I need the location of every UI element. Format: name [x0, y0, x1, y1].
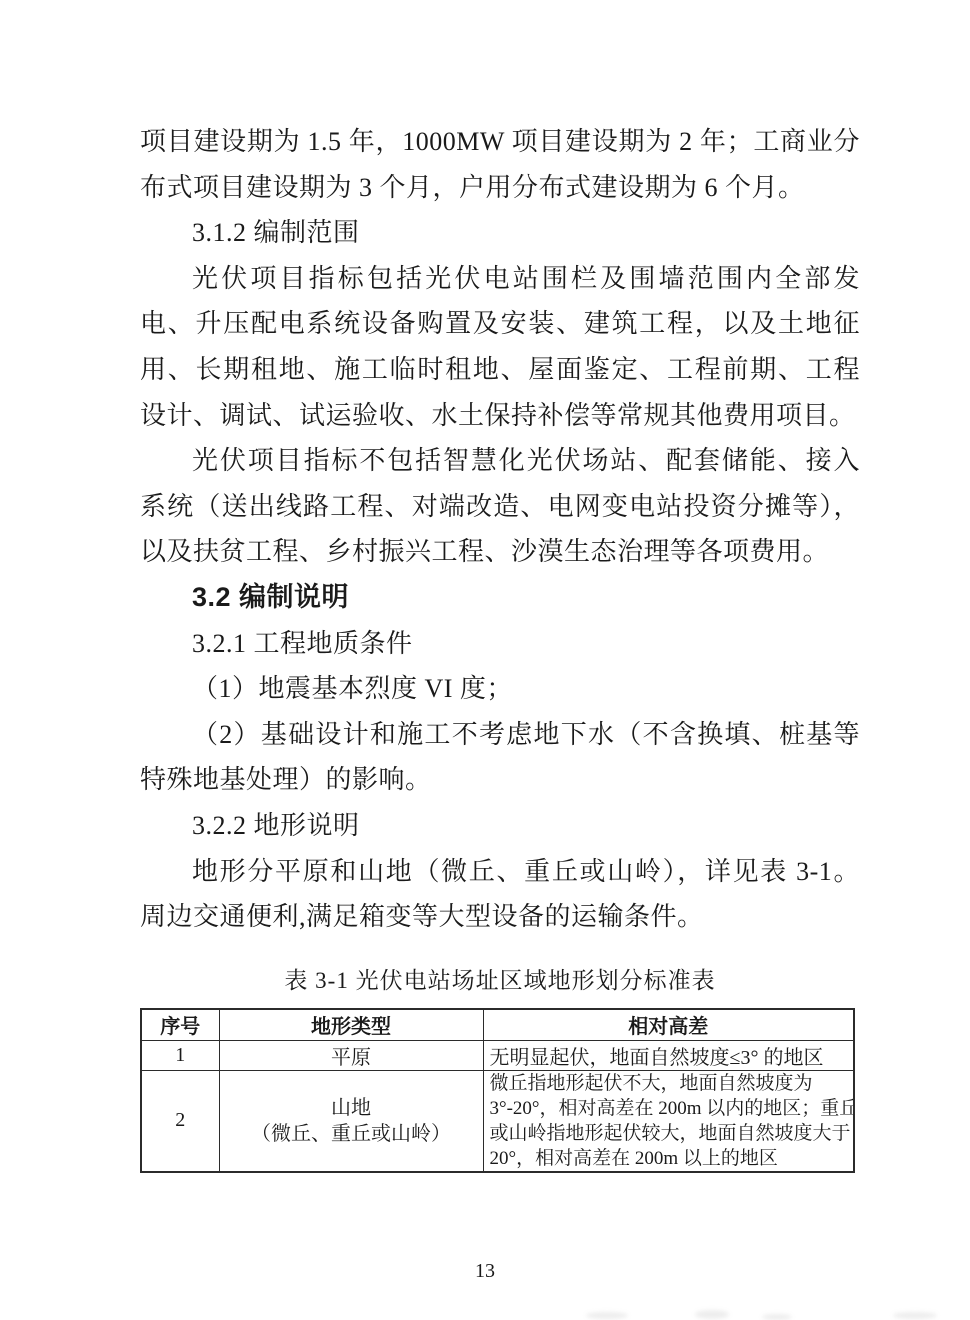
watermark-remnant [762, 1314, 792, 1320]
table-cell-desc-line: 20°，相对高差在 200m 以上的地区 [490, 1146, 854, 1171]
document-page: 项目建设期为 1.5 年，1000MW 项目建设期为 2 年；工商业分 布式项目… [0, 0, 970, 1320]
table-cell-desc-line: 微丘指地形起伏不大，地面自然坡度为 [490, 1071, 854, 1096]
table-cell-type: 平原 [219, 1040, 483, 1070]
table-header-cell-no: 序号 [141, 1009, 219, 1041]
body-line: 以及扶贫工程、乡村振兴工程、沙漠生态治理等各项费用。 [140, 529, 860, 575]
body-line: 周边交通便利,满足箱变等大型设备的运输条件。 [140, 894, 860, 940]
body-line: （1）地震基本烈度 VI 度； [140, 666, 860, 712]
table-cell-desc-line: 3°-20°，相对高差在 200m 以内的地区；重丘 [490, 1096, 854, 1121]
table-row: 2 山地 （微丘、重丘或山岭） 微丘指地形起伏不大，地面自然坡度为 3°-20°… [141, 1070, 854, 1172]
body-line: 地形分平原和山地（微丘、重丘或山岭），详见表 3-1。 [140, 849, 860, 895]
watermark-remnant [695, 1310, 729, 1319]
table-cell-desc: 无明显起伏，地面自然坡度≤3° 的地区 [483, 1040, 854, 1070]
body-line: 光伏项目指标不包括智慧化光伏场站、配套储能、接入 [140, 438, 860, 484]
body-line: 项目建设期为 1.5 年，1000MW 项目建设期为 2 年；工商业分 [140, 119, 860, 165]
table-cell-no: 2 [141, 1070, 219, 1172]
watermark-remnant [893, 1312, 937, 1319]
page-body: 项目建设期为 1.5 年，1000MW 项目建设期为 2 年；工商业分 布式项目… [140, 119, 860, 1173]
body-line: 设计、调试、试运验收、水土保持补偿等常规其他费用项目。 [140, 393, 860, 439]
watermark-remnant [586, 1312, 628, 1319]
section-heading-3-1-2: 3.1.2 编制范围 [140, 210, 860, 256]
terrain-classification-table: 序号 地形类型 相对高差 1 平原 无明显起伏，地面自然坡度≤3° 的地区 2 … [140, 1008, 855, 1173]
body-line: 特殊地基处理）的影响。 [140, 757, 860, 803]
table-header-cell-desc: 相对高差 [483, 1009, 854, 1041]
body-line: 布式项目建设期为 3 个月，户用分布式建设期为 6 个月。 [140, 165, 860, 211]
section-heading-3-2-2: 3.2.2 地形说明 [140, 803, 860, 849]
body-line: （2）基础设计和施工不考虑地下水（不含换填、桩基等 [140, 712, 860, 758]
body-line: 电、升压配电系统设备购置及安装、建筑工程，以及土地征 [140, 301, 860, 347]
table-header-cell-type: 地形类型 [219, 1009, 483, 1041]
page-number: 13 [0, 1258, 970, 1284]
table-row: 1 平原 无明显起伏，地面自然坡度≤3° 的地区 [141, 1040, 854, 1070]
section-heading-3-2-1: 3.2.1 工程地质条件 [140, 621, 860, 667]
table-cell-type: 山地 （微丘、重丘或山岭） [219, 1070, 483, 1172]
body-line: 用、长期租地、施工临时租地、屋面鉴定、工程前期、工程 [140, 347, 860, 393]
table-cell-desc: 微丘指地形起伏不大，地面自然坡度为 3°-20°，相对高差在 200m 以内的地… [483, 1070, 854, 1172]
table-header-row: 序号 地形类型 相对高差 [141, 1009, 854, 1041]
section-heading-3-2: 3.2 编制说明 [140, 575, 860, 621]
table-cell-type-line: 山地 [220, 1095, 483, 1121]
body-line: 系统（送出线路工程、对端改造、电网变电站投资分摊等）， [140, 484, 860, 530]
body-line: 光伏项目指标包括光伏电站围栏及围墙范围内全部发 [140, 256, 860, 302]
table-cell-type-line: （微丘、重丘或山岭） [220, 1121, 483, 1147]
table-cell-no: 1 [141, 1040, 219, 1070]
table-caption: 表 3-1 光伏电站场址区域地形划分标准表 [140, 967, 860, 995]
table-cell-desc-line: 或山岭指地形起伏较大，地面自然坡度大于 [490, 1121, 854, 1146]
